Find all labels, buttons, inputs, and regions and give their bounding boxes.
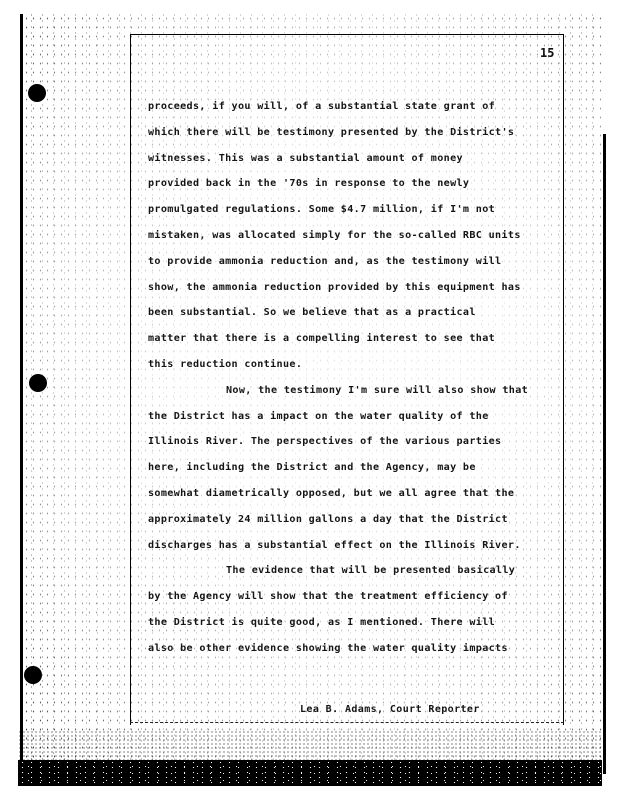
transcript-line: also be other evidence showing the water… [148, 636, 578, 662]
transcript-line: here, including the District and the Age… [148, 455, 578, 481]
transcript-border-bottom [130, 722, 564, 724]
transcript-line: mistaken, was allocated simply for the s… [148, 223, 578, 249]
transcript-line: discharges has a substantial effect on t… [148, 533, 578, 559]
punch-hole-icon [24, 666, 42, 684]
transcript-line: matter that there is a compelling intere… [148, 326, 578, 352]
transcript-line: proceeds, if you will, of a substantial … [148, 94, 578, 120]
transcript-line: Illinois River. The perspectives of the … [148, 429, 578, 455]
transcript-line: witnesses. This was a substantial amount… [148, 146, 578, 172]
transcript-body: proceeds, if you will, of a substantial … [148, 94, 578, 662]
punch-hole-icon [28, 84, 46, 102]
transcript-line: The evidence that will be presented basi… [148, 558, 578, 584]
transcript-line: somewhat diametrically opposed, but we a… [148, 481, 578, 507]
transcript-line: this reduction continue. [148, 352, 578, 378]
transcript-line: by the Agency will show that the treatme… [148, 584, 578, 610]
punch-hole-icon [29, 374, 47, 392]
page-edge [603, 134, 606, 774]
transcript-line: provided back in the '70s in response to… [148, 171, 578, 197]
page-number: 15 [540, 46, 554, 60]
scan-dark-band [18, 760, 602, 786]
scan-noise [18, 730, 602, 760]
transcript-line: Now, the testimony I'm sure will also sh… [148, 378, 578, 404]
transcript-line: approximately 24 million gallons a day t… [148, 507, 578, 533]
transcript-line: been substantial. So we believe that as … [148, 300, 578, 326]
court-reporter-footer: Lea B. Adams, Court Reporter [300, 704, 480, 715]
transcript-line: the District has a impact on the water q… [148, 404, 578, 430]
transcript-line: to provide ammonia reduction and, as the… [148, 249, 578, 275]
transcript-line: the District is quite good, as I mention… [148, 610, 578, 636]
transcript-line: show, the ammonia reduction provided by … [148, 275, 578, 301]
transcript-line: which there will be testimony presented … [148, 120, 578, 146]
transcript-line: promulgated regulations. Some $4.7 milli… [148, 197, 578, 223]
